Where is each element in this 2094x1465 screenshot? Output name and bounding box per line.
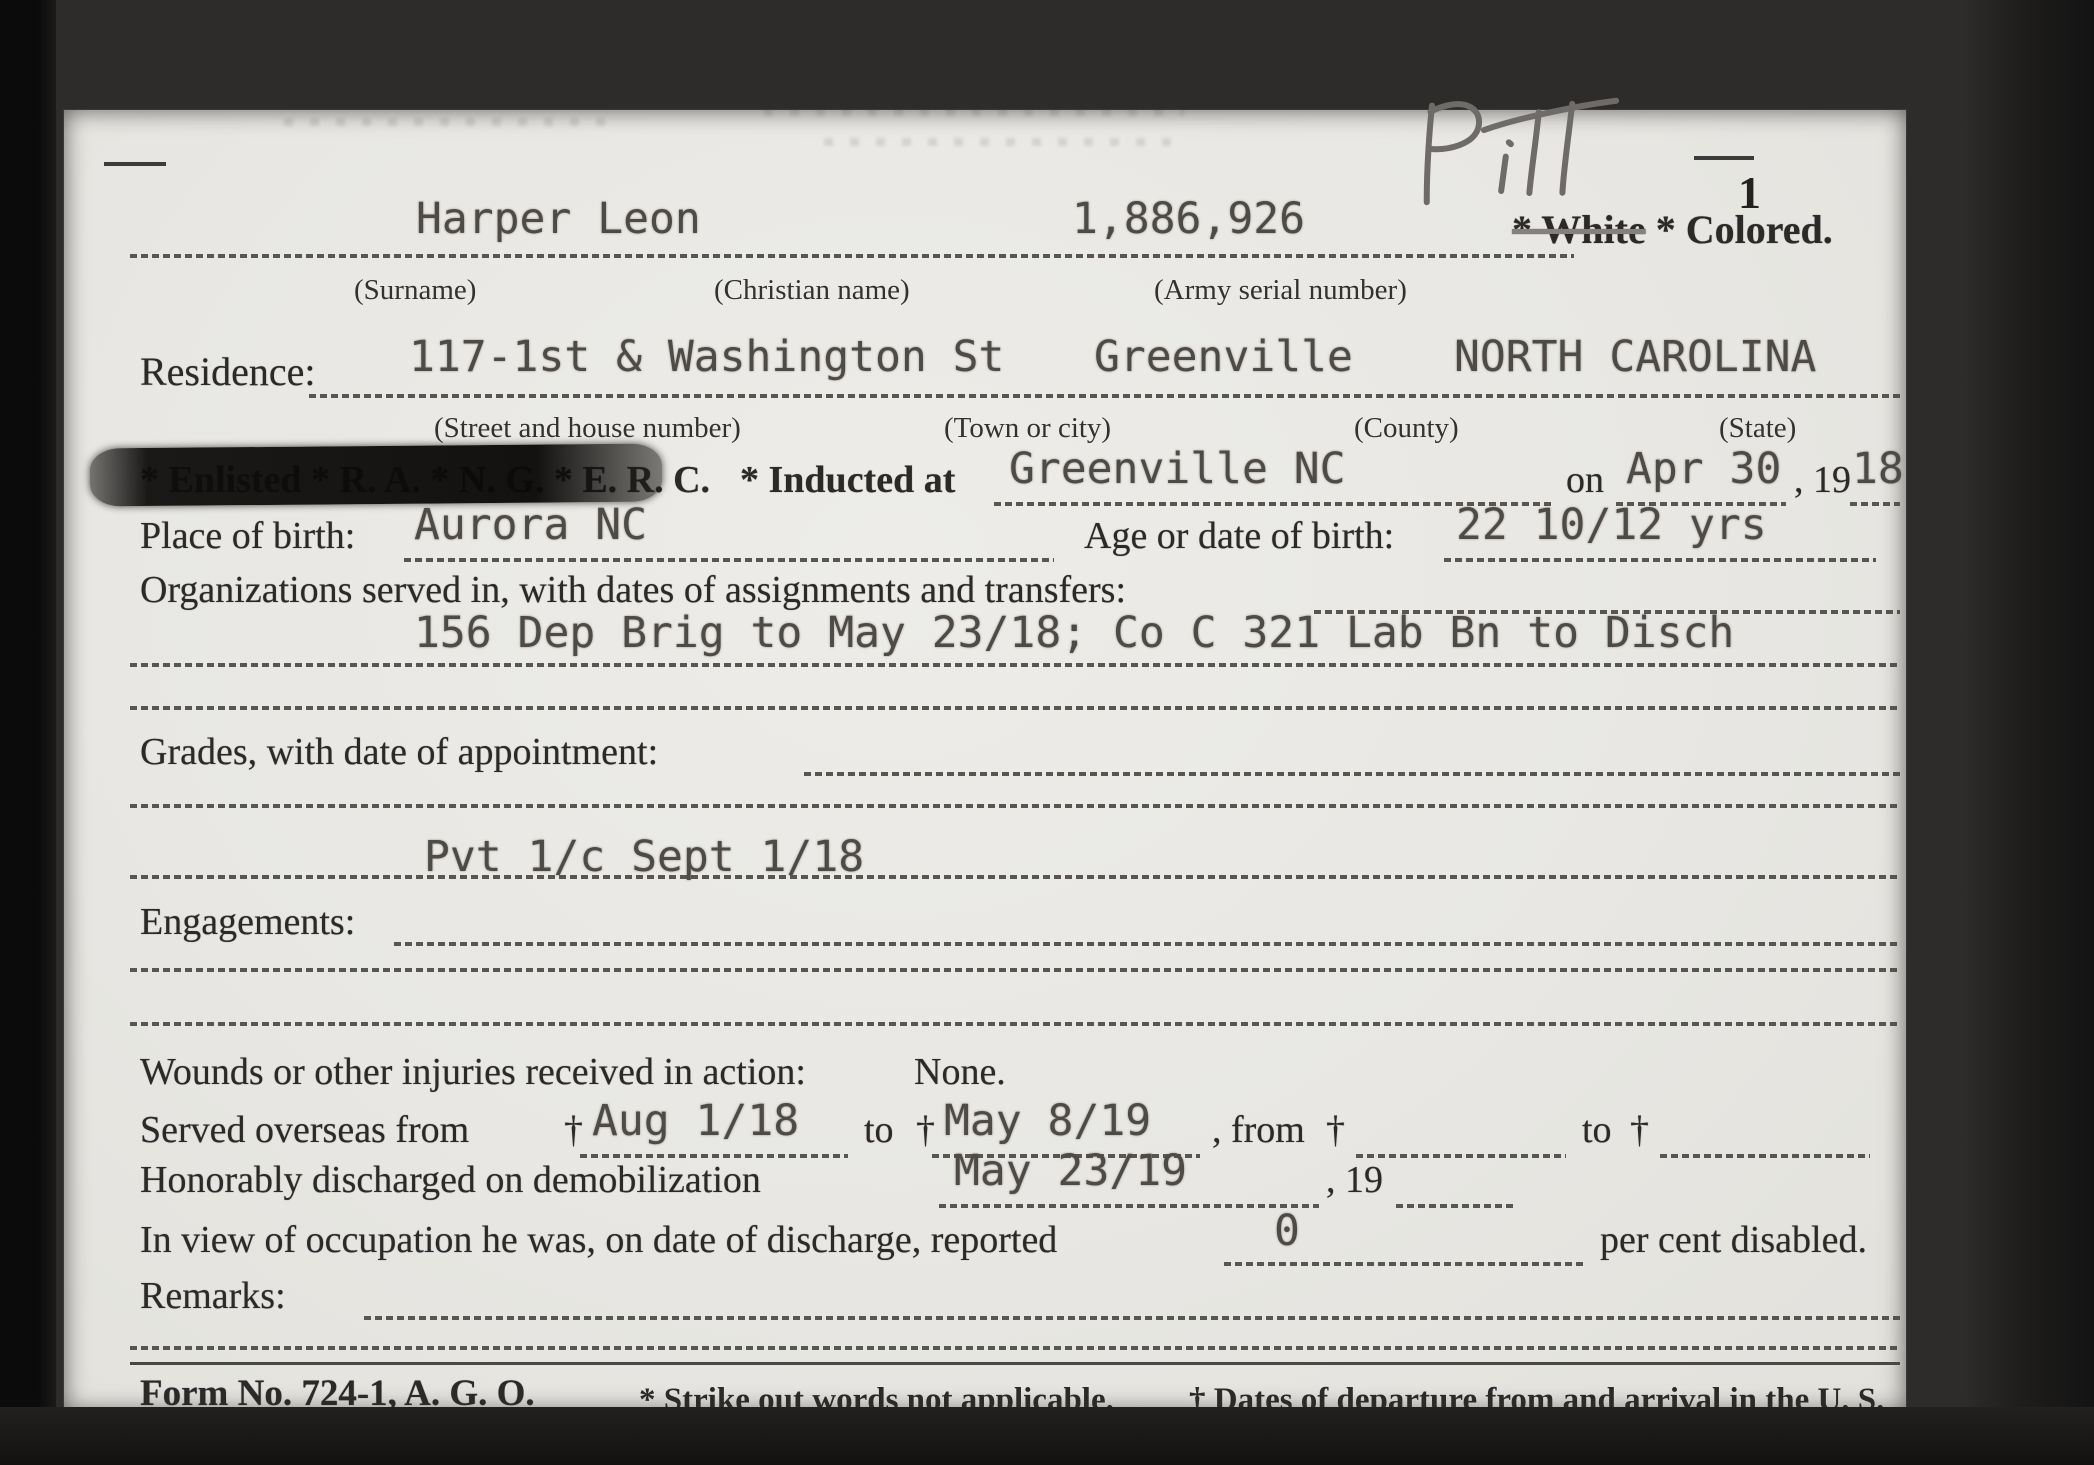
discharge-date-value: May 23/19 bbox=[954, 1146, 1187, 1196]
town-label: (Town or city) bbox=[944, 412, 1111, 445]
discharge-year-line bbox=[1396, 1204, 1516, 1208]
organizations-line-1 bbox=[130, 663, 1900, 667]
ink-smudge bbox=[824, 138, 1184, 146]
overseas-to-value: May 8/19 bbox=[944, 1096, 1151, 1146]
footer-divider-rule bbox=[130, 1362, 1900, 1365]
age-line bbox=[1444, 558, 1876, 562]
place-of-birth-label: Place of birth: bbox=[140, 514, 355, 558]
dagger-mark-4: † bbox=[1630, 1108, 1649, 1152]
residence-label: Residence: bbox=[140, 348, 316, 395]
organizations-label: Organizations served in, with dates of a… bbox=[140, 568, 1126, 612]
engagements-label: Engagements: bbox=[140, 900, 355, 944]
grades-line-2 bbox=[130, 875, 1900, 879]
residence-line bbox=[309, 394, 1901, 398]
race-selection: * White * Colored. bbox=[1512, 206, 1833, 253]
year-prefix: , 19 bbox=[1794, 458, 1851, 502]
residence-town-value: Greenville bbox=[1094, 332, 1353, 382]
remarks-line-2 bbox=[130, 1346, 1900, 1350]
inducted-at-label: * Inducted at bbox=[740, 458, 955, 502]
grades-line-1 bbox=[130, 804, 1900, 808]
surname-christian-value: Harper Leon bbox=[416, 194, 701, 244]
organizations-value: 156 Dep Brig to May 23/18; Co C 321 Lab … bbox=[414, 608, 1734, 658]
inducted-on-label: on bbox=[1566, 458, 1604, 502]
discharge-label: Honorably discharged on demobilization bbox=[140, 1158, 761, 1202]
name-line bbox=[130, 254, 1574, 258]
grades-label: Grades, with date of appointment: bbox=[140, 730, 658, 774]
army-serial-number-value: 1,886,926 bbox=[1072, 194, 1305, 244]
overseas-from2-line bbox=[1356, 1154, 1566, 1158]
dagger-mark-3: † bbox=[1326, 1108, 1345, 1152]
remarks-label: Remarks: bbox=[140, 1274, 286, 1318]
county-label: (County) bbox=[1354, 412, 1459, 445]
photo-dark-edge-left bbox=[0, 0, 56, 1465]
christian-name-label: (Christian name) bbox=[714, 274, 910, 307]
organizations-line-2 bbox=[130, 706, 1900, 710]
overseas-from-value: Aug 1/18 bbox=[592, 1096, 799, 1146]
scanned-photo-background: 1 Harper Leon 1,886,926 * White * Color bbox=[0, 0, 2094, 1465]
engagements-label-line bbox=[394, 942, 1900, 946]
ink-smudge bbox=[764, 108, 1184, 116]
engagements-line-2 bbox=[130, 1022, 1900, 1026]
grades-label-line bbox=[804, 772, 1900, 776]
age-label: Age or date of birth: bbox=[1084, 514, 1394, 558]
race-colored: * Colored. bbox=[1656, 207, 1833, 252]
year-suffix-value: 18 bbox=[1852, 444, 1904, 494]
overseas-to-label: to bbox=[864, 1108, 894, 1152]
disability-line bbox=[1224, 1262, 1584, 1266]
dagger-mark-1: † bbox=[564, 1108, 583, 1152]
overseas-to2-label: to bbox=[1582, 1108, 1612, 1152]
army-service-card: 1 Harper Leon 1,886,926 * White * Color bbox=[64, 110, 1906, 1412]
overseas-to2-line bbox=[1660, 1154, 1870, 1158]
dagger-mark-2: † bbox=[916, 1108, 935, 1152]
wounds-label: Wounds or other injuries received in act… bbox=[140, 1050, 806, 1094]
top-left-mark bbox=[104, 162, 166, 166]
photo-dark-edge-right bbox=[1964, 0, 2094, 1465]
serial-number-label: (Army serial number) bbox=[1154, 274, 1407, 307]
race-white-struck: * White bbox=[1512, 207, 1646, 252]
residence-street-value: 117-1st & Washington St bbox=[409, 332, 1004, 382]
wounds-value: None. bbox=[914, 1050, 1006, 1094]
residence-state-value: NORTH CAROLINA bbox=[1454, 332, 1816, 382]
place-of-birth-value: Aurora NC bbox=[414, 500, 647, 550]
disability-value: 0 bbox=[1274, 1206, 1300, 1256]
overseas-from2-label: , from bbox=[1212, 1108, 1305, 1152]
inducted-place-value: Greenville NC bbox=[1009, 444, 1346, 494]
year-suffix-line bbox=[1850, 502, 1900, 506]
overseas-label: Served overseas from bbox=[140, 1108, 469, 1152]
engagements-line-1 bbox=[130, 968, 1900, 972]
photo-dark-edge-bottom bbox=[0, 1407, 2094, 1465]
state-label: (State) bbox=[1719, 412, 1796, 445]
page-number-overline bbox=[1694, 156, 1754, 160]
remarks-label-line bbox=[364, 1316, 1900, 1320]
discharge-date-line bbox=[939, 1204, 1319, 1208]
place-of-birth-line bbox=[404, 558, 1054, 562]
ink-smudge bbox=[284, 118, 614, 126]
age-value: 22 10/12 yrs bbox=[1456, 500, 1767, 550]
ink-blackout-smear bbox=[90, 444, 662, 507]
inducted-date-value: Apr 30 bbox=[1626, 444, 1781, 494]
discharge-year-prefix: , 19 bbox=[1326, 1158, 1383, 1202]
surname-label: (Surname) bbox=[354, 274, 476, 307]
street-label: (Street and house number) bbox=[434, 412, 741, 445]
disability-suffix: per cent disabled. bbox=[1600, 1218, 1867, 1262]
disability-label: In view of occupation he was, on date of… bbox=[140, 1218, 1057, 1262]
